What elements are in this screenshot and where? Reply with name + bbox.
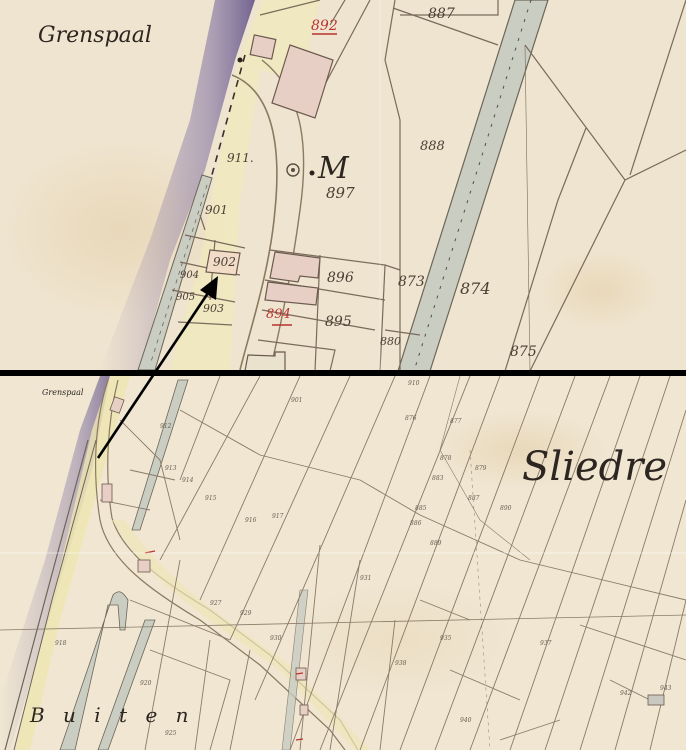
- svg-text:913: 913: [165, 465, 177, 472]
- overview-label-grenspaal: Grenspaal: [42, 388, 84, 397]
- svg-text:879: 879: [475, 465, 487, 472]
- svg-text:890: 890: [500, 505, 512, 512]
- parcel-label: 903: [203, 302, 224, 315]
- svg-text:885: 885: [415, 505, 427, 512]
- parcel-label: 911.: [227, 151, 254, 165]
- svg-text:883: 883: [432, 475, 444, 482]
- parcel-label: 896: [327, 270, 354, 286]
- svg-text:916: 916: [245, 517, 257, 524]
- svg-text:929: 929: [240, 610, 252, 617]
- svg-text:886: 886: [410, 520, 422, 527]
- parcel-label: 888: [420, 139, 445, 154]
- parcel-label: 887: [428, 6, 455, 22]
- panel-divider: [0, 370, 686, 376]
- svg-text:910: 910: [408, 380, 420, 387]
- parcel-label: 901: [205, 203, 228, 217]
- svg-text:914: 914: [182, 477, 194, 484]
- svg-text:931: 931: [360, 575, 371, 582]
- svg-text:917: 917: [272, 513, 284, 520]
- svg-text:935: 935: [440, 635, 452, 642]
- svg-text:878: 878: [440, 455, 452, 462]
- parcel-label-902: 902: [213, 255, 236, 269]
- svg-text:942: 942: [620, 690, 632, 697]
- parcel-label: 905: [176, 292, 195, 303]
- parcel-label: 894: [266, 307, 291, 322]
- parcel-label: 874: [460, 279, 491, 298]
- svg-text:877: 877: [450, 418, 462, 425]
- svg-text:930: 930: [270, 635, 282, 642]
- parcel-label: 873: [398, 274, 425, 290]
- building-896: [270, 252, 320, 282]
- svg-text:937: 937: [540, 640, 552, 647]
- svg-text:889: 889: [430, 540, 442, 547]
- detail-inset: Grenspaal M 887 892 911. 888 897 901 902…: [0, 0, 686, 371]
- svg-text:940: 940: [460, 717, 472, 724]
- svg-text:912: 912: [160, 423, 172, 430]
- overview-map: 901 910 876 877 878 879 883 885 886 887 …: [0, 376, 686, 750]
- svg-text:915: 915: [205, 495, 217, 502]
- overview-label-buiten: B u i t e n: [29, 703, 195, 727]
- parcel-label: 892: [311, 18, 338, 34]
- owner-mark: M: [317, 151, 350, 186]
- map-canvas: Grenspaal M 887 892 911. 888 897 901 902…: [0, 0, 686, 750]
- parcel-label: 904: [180, 270, 199, 281]
- parcel-label: 880: [380, 335, 401, 348]
- parcel-label: 897: [326, 184, 355, 202]
- svg-text:943: 943: [660, 685, 672, 692]
- svg-text:901: 901: [291, 397, 302, 404]
- parcel-label: 875: [510, 344, 537, 360]
- svg-text:927: 927: [210, 600, 222, 607]
- overview-label-sliedrecht: Sliedre: [522, 444, 667, 490]
- building-small: [250, 35, 276, 59]
- region-label-grenspaal: Grenspaal: [38, 23, 152, 48]
- svg-text:918: 918: [55, 640, 67, 647]
- svg-text:887: 887: [468, 495, 480, 502]
- svg-text:925: 925: [165, 730, 177, 737]
- svg-text:920: 920: [140, 680, 152, 687]
- cadastral-map-composite: Grenspaal M 887 892 911. 888 897 901 902…: [0, 0, 686, 750]
- parcel-label: 895: [325, 314, 352, 330]
- svg-text:876: 876: [405, 415, 417, 422]
- svg-text:938: 938: [395, 660, 407, 667]
